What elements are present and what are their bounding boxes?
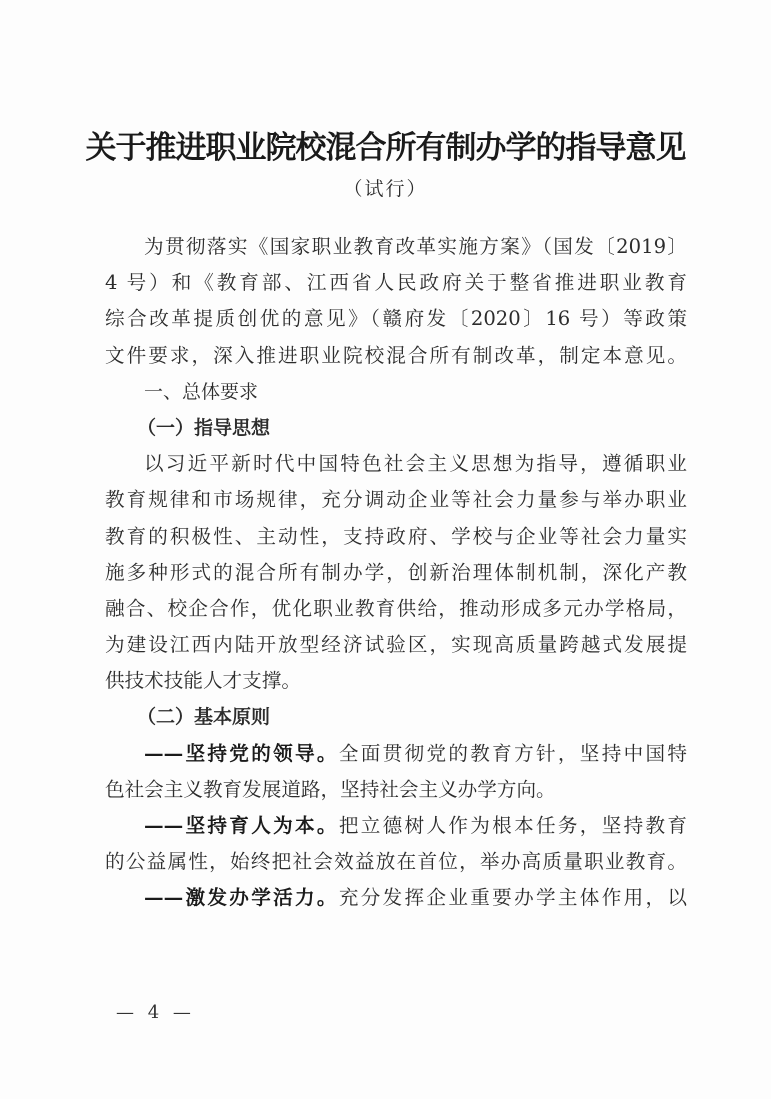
document-subtitle: （试行） bbox=[0, 175, 771, 203]
principle-title: ——坚持育人为本。 bbox=[144, 814, 339, 837]
section-heading: 一、总体要求 bbox=[105, 374, 687, 410]
preamble-line: 综合改革提质创优的意见》（赣府发〔2020〕16 号）等政策 bbox=[105, 301, 687, 337]
subsection-heading: （二）基本原则 bbox=[105, 699, 687, 735]
paragraph-line: 以习近平新时代中国特色社会主义思想为指导，遵循职业 bbox=[105, 446, 687, 482]
paragraph-line: 为建设江西内陆开放型经济试验区，实现高质量跨越式发展提 bbox=[105, 627, 687, 663]
principle-line: 的公益属性，始终把社会效益放在首位，举办高质量职业教育。 bbox=[105, 844, 687, 880]
principle-line: 色社会主义教育发展道路，坚持社会主义办学方向。 bbox=[105, 772, 687, 808]
principle-text: 全面贯彻党的教育方针，坚持中国特 bbox=[339, 742, 687, 765]
subsection-heading: （一）指导思想 bbox=[105, 410, 687, 446]
paragraph-line: 教育的积极性、主动性，支持政府、学校与企业等社会力量实 bbox=[105, 519, 687, 555]
paragraph-line: 教育规律和市场规律，充分调动企业等社会力量参与举办职业 bbox=[105, 482, 687, 518]
preamble-line: 文件要求，深入推进职业院校混合所有制改革，制定本意见。 bbox=[105, 338, 687, 374]
preamble-line: 4 号）和《教育部、江西省人民政府关于整省推进职业教育 bbox=[105, 265, 687, 301]
page-number: — 4 — bbox=[116, 1002, 195, 1023]
document-title: 关于推进职业院校混合所有制办学的指导意见 bbox=[0, 130, 771, 166]
principle-text: 把立德树人作为根本任务，坚持教育 bbox=[339, 814, 687, 837]
principle-title: ——激发办学活力。 bbox=[144, 886, 339, 909]
principle-line: ——激发办学活力。充分发挥企业重要办学主体作用，以 bbox=[105, 880, 687, 916]
document-page: 关于推进职业院校混合所有制办学的指导意见 （试行） 为贯彻落实《国家职业教育改革… bbox=[0, 0, 771, 1099]
principle-text: 充分发挥企业重要办学主体作用，以 bbox=[339, 886, 687, 909]
principle-title: ——坚持党的领导。 bbox=[144, 742, 339, 765]
principle-line: ——坚持党的领导。全面贯彻党的教育方针，坚持中国特 bbox=[105, 736, 687, 772]
preamble-line: 为贯彻落实《国家职业教育改革实施方案》（国发〔2019〕 bbox=[105, 229, 687, 265]
paragraph-line: 融合、校企合作，优化职业教育供给，推动形成多元办学格局， bbox=[105, 591, 687, 627]
principle-line: ——坚持育人为本。把立德树人作为根本任务，坚持教育 bbox=[105, 808, 687, 844]
document-body: 为贯彻落实《国家职业教育改革实施方案》（国发〔2019〕 4 号）和《教育部、江… bbox=[105, 229, 687, 917]
paragraph-line: 供技术技能人才支撑。 bbox=[105, 663, 687, 699]
paragraph-line: 施多种形式的混合所有制办学，创新治理体制机制，深化产教 bbox=[105, 555, 687, 591]
